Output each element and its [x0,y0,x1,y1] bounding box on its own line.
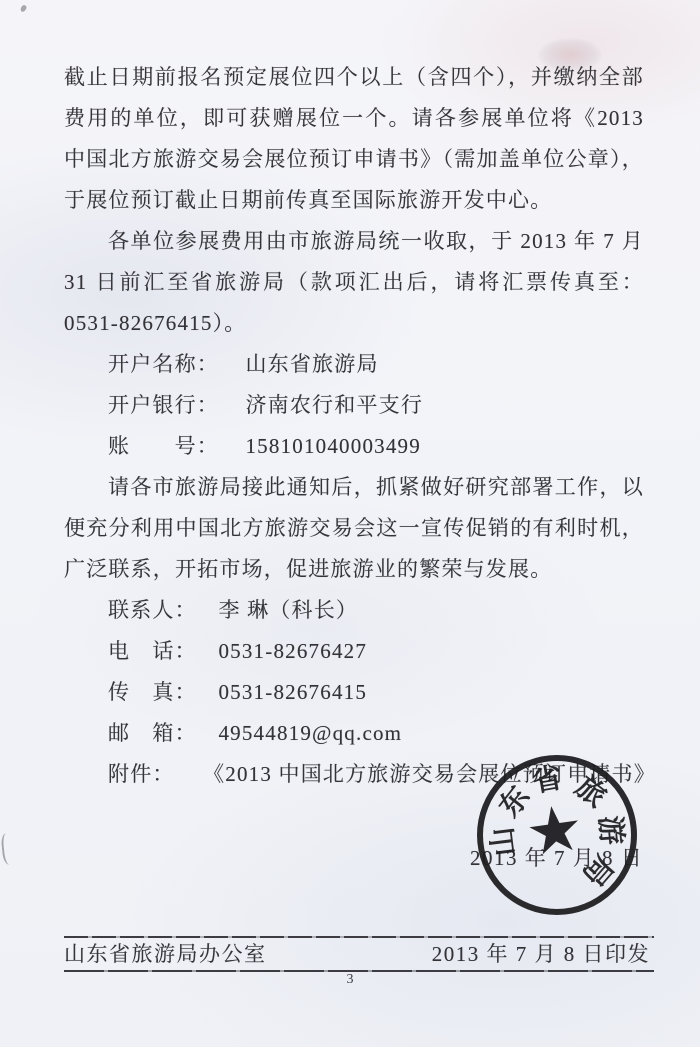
body-paragraph-1: 截止日期前报名预定展位四个以上（含四个），并缴纳全部费用的单位，即可获赠展位一个… [64,57,644,221]
seal-char-1: 山 [488,825,520,857]
scanned-document-page: 截止日期前报名预定展位四个以上（含四个），并缴纳全部费用的单位，即可获赠展位一个… [0,0,700,1047]
phone-label: 电 话： [108,631,198,672]
official-seal: ★ 山 东 省 旅 游 局 [477,755,637,915]
fax-value: 0531-82676415 [218,680,367,704]
contact-row-fax: 传 真： 0531-82676415 [108,672,644,713]
footer: 山东省旅游局办公室 2013 年 7 月 8 日印发 [64,938,650,968]
contact-row-person: 联系人： 李 琳（科长） [108,590,644,631]
bank-name-label: 开户银行： [108,385,219,426]
contact-person-value: 李 琳（科长） [218,598,358,622]
contact-row-phone: 电 话： 0531-82676427 [108,631,644,672]
account-number-label: 账 号： [108,426,219,467]
phone-value: 0531-82676427 [218,639,367,663]
bank-row-account-name: 开户名称： 山东省旅游局 [108,344,644,385]
pen-mark [0,832,15,865]
scan-speck [20,4,27,12]
bank-row-bank-name: 开户银行： 济南农行和平支行 [108,385,644,426]
seal-char-3: 省 [531,764,565,798]
bank-name-value: 济南农行和平支行 [245,393,423,417]
account-number-value: 158101040003499 [245,434,421,458]
footer-issuing-office: 山东省旅游局办公室 [64,938,267,968]
fax-label: 传 真： [108,672,198,713]
contact-row-email: 邮 箱： 49544819@qq.com [108,713,644,754]
footer-print-date: 2013 年 7 月 8 日印发 [432,938,650,968]
attachment-label: 附件： [108,754,175,795]
contact-person-label: 联系人： [108,590,198,631]
document-body: 截止日期前报名预定展位四个以上（含四个），并缴纳全部费用的单位，即可获赠展位一个… [64,57,644,795]
body-paragraph-3: 请各市旅游局接此通知后，抓紧做好研究部署工作，以便充分利用中国北方旅游交易会这一… [64,467,644,590]
bank-account-name-label: 开户名称： [108,344,219,385]
email-label: 邮 箱： [108,713,198,754]
bank-row-account-number: 账 号： 158101040003499 [108,426,644,467]
page-number: 3 [0,972,700,988]
body-paragraph-2: 各单位参展费用由市旅游局统一收取，于 2013 年 7 月 31 日前汇至省旅游… [64,221,644,344]
bank-account-name-value: 山东省旅游局 [245,352,378,376]
email-value: 49544819@qq.com [218,721,402,745]
seal-char-5: 游 [594,815,625,846]
